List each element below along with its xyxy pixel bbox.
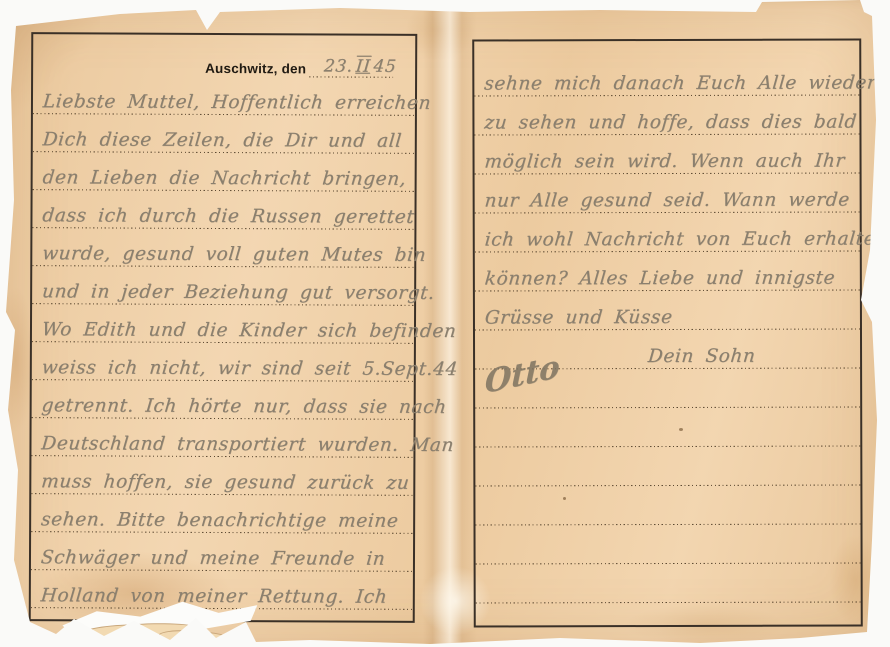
letter-page-left: Auschwitz, den 23.II45 Liebste Muttel, H… bbox=[29, 32, 418, 623]
page-right-lines: sehne mich danach Euch Alle wiederzu seh… bbox=[474, 56, 860, 330]
date-day: 23. bbox=[323, 56, 354, 76]
handwritten-text-line: getrennt. Ich hörte nur, dass sie nach bbox=[41, 395, 448, 418]
ruled-line: nur Alle gesund seid. Wann werde bbox=[475, 173, 860, 213]
page-header: Auschwitz, den 23.II45 bbox=[33, 34, 415, 78]
handwritten-text-line: nur Alle gesund seid. Wann werde bbox=[484, 190, 851, 212]
page-left-lines: Liebste Muttel, Hoffentlich erreichenDic… bbox=[31, 76, 415, 610]
printed-place-date-label: Auschwitz, den bbox=[205, 61, 306, 77]
ruled-line: wurde, gesund voll guten Mutes bin bbox=[32, 228, 414, 268]
handwritten-text-line: Wo Edith und die Kinder sich befinden bbox=[41, 319, 457, 342]
handwritten-text-line: können? Alles Liebe und innigste bbox=[484, 268, 836, 290]
date-rule-line: 23.II45 bbox=[309, 54, 393, 77]
ruled-line: zu sehen und hoffe, dass dies bald bbox=[474, 95, 859, 135]
handwritten-text-line: Deutschland transportiert wurden. Man bbox=[40, 433, 455, 456]
handwritten-text-line: weiss ich nicht, wir sind seit 5.Sept.44 bbox=[41, 357, 459, 380]
handwritten-text-line: Dich diese Zeilen, die Dir und all bbox=[42, 129, 403, 152]
ruled-line: weiss ich nicht, wir sind seit 5.Sept.44 bbox=[32, 342, 414, 382]
letter-page-right: sehne mich danach Euch Alle wiederzu seh… bbox=[472, 38, 863, 627]
ruled-line: muss hoffen, sie gesund zurück zu bbox=[31, 456, 413, 496]
torn-paper-flap bbox=[0, 590, 29, 636]
torn-paper-flap bbox=[158, 628, 235, 647]
ruled-line: Grüsse und Küsse bbox=[475, 290, 860, 330]
ruled-line: dass ich durch die Russen gerettet bbox=[32, 190, 414, 230]
date-month-roman: II bbox=[355, 57, 371, 77]
page-right-content: sehne mich danach Euch Alle wiederzu seh… bbox=[474, 40, 861, 625]
closing-text: Dein Sohn bbox=[647, 346, 756, 367]
ruled-line bbox=[475, 446, 860, 486]
handwritten-text-line: ich wohl Nachricht von Euch erhalten bbox=[484, 228, 889, 250]
page-left-content: Auschwitz, den 23.II45 Liebste Muttel, H… bbox=[31, 34, 416, 621]
ruled-line: sehne mich danach Euch Alle wieder bbox=[474, 56, 859, 96]
handwritten-text-line: zu sehen und hoffe, dass dies bald bbox=[483, 112, 857, 134]
handwritten-date: 23.II45 bbox=[323, 56, 397, 76]
ruled-line: können? Alles Liebe und innigste bbox=[475, 251, 860, 291]
handwritten-text-line: wurde, gesund voll guten Mutes bin bbox=[41, 243, 427, 266]
handwritten-text-line: möglich sein wird. Wenn auch Ihr bbox=[484, 151, 846, 173]
ruled-line: sehen. Bitte benachrichtige meine bbox=[31, 494, 413, 534]
handwritten-text-line: sehen. Bitte benachrichtige meine bbox=[40, 509, 399, 532]
ruled-line: und in jeder Beziehung gut versorgt. bbox=[32, 266, 414, 306]
ruled-line: Dich diese Zeilen, die Dir und all bbox=[33, 114, 415, 154]
handwritten-text-line: und in jeder Beziehung gut versorgt. bbox=[41, 281, 436, 304]
ruled-line: Schwäger und meine Freunde in bbox=[31, 532, 413, 572]
ruled-line bbox=[475, 485, 860, 525]
signature-line: Otto bbox=[475, 368, 860, 408]
ruled-line: den Lieben die Nachricht bringen, bbox=[33, 152, 415, 192]
ruled-line bbox=[475, 407, 860, 447]
ruled-line: getrennt. Ich hörte nur, dass sie nach bbox=[32, 380, 414, 420]
page-right-blank-lines bbox=[475, 407, 861, 603]
handwritten-text-line: dass ich durch die Russen gerettet bbox=[41, 205, 415, 228]
scanned-letter: Auschwitz, den 23.II45 Liebste Muttel, H… bbox=[0, 0, 890, 647]
ruled-line: Holland von meiner Rettung. Ich bbox=[31, 570, 413, 610]
date-year: 45 bbox=[373, 57, 398, 77]
letter-paper: Auschwitz, den 23.II45 Liebste Muttel, H… bbox=[0, 0, 890, 647]
ruled-line bbox=[476, 524, 861, 564]
handwritten-text-line: Holland von meiner Rettung. Ich bbox=[40, 585, 388, 608]
handwritten-text-line: Grüsse und Küsse bbox=[484, 307, 674, 328]
ruled-line: ich wohl Nachricht von Euch erhalten bbox=[475, 212, 860, 252]
handwritten-text-line: sehne mich danach Euch Alle wieder bbox=[483, 72, 877, 94]
ruled-line: Wo Edith und die Kinder sich befinden bbox=[32, 304, 414, 344]
ruled-line: Liebste Muttel, Hoffentlich erreichen bbox=[33, 76, 415, 116]
ruled-line bbox=[476, 563, 861, 603]
handwritten-text-line: Schwäger und meine Freunde in bbox=[40, 547, 386, 569]
ruled-line: Deutschland transportiert wurden. Man bbox=[31, 418, 413, 458]
handwritten-text-line: Liebste Muttel, Hoffentlich erreichen bbox=[42, 91, 432, 114]
handwritten-text-line: muss hoffen, sie gesund zurück zu bbox=[40, 471, 410, 494]
handwritten-text-line: den Lieben die Nachricht bringen, bbox=[42, 167, 408, 190]
ruled-line: möglich sein wird. Wenn auch Ihr bbox=[474, 134, 859, 174]
